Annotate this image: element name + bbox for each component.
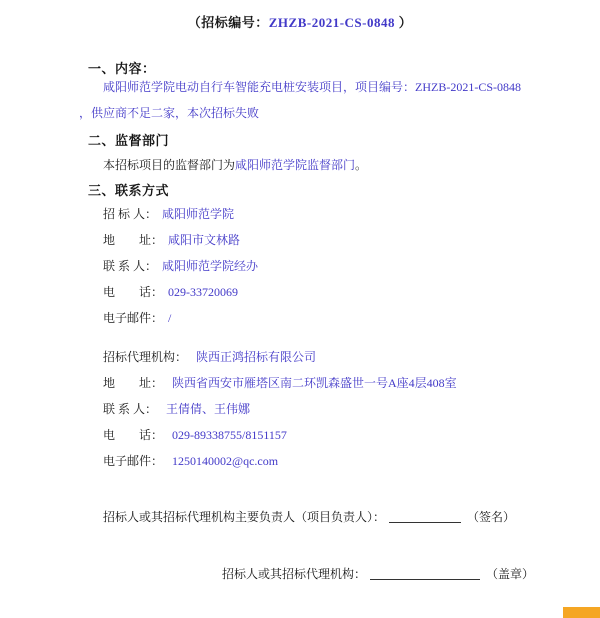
supervision-period: 。 [355, 158, 367, 172]
tenderer-address-label: 地 址： [103, 233, 163, 247]
agency-address-value: 陕西省西安市雁塔区南二环凯森盛世一号A座4层408室 [172, 376, 457, 390]
tenderer-row-email: 电子邮件：/ [103, 309, 171, 326]
tenderer-row-address: 地 址：咸阳市文林路 [103, 231, 240, 248]
agency-row-email: 电子邮件：1250140002@qc.com [103, 452, 278, 469]
agency-email-value: 1250140002@qc.com [172, 454, 278, 468]
content-text-after: ，供应商不足二家，本次招标失败 [79, 106, 259, 120]
agency-phone-label: 电 话： [103, 428, 163, 442]
tenderer-contact-label: 联 系 人： [103, 259, 157, 273]
agency-row-address: 地 址：陕西省西安市雁塔区南二环凯森盛世一号A座4层408室 [103, 374, 457, 391]
agency-phone-value: 029-89338755/8151157 [172, 428, 287, 442]
tenderer-phone-value: 029-33720069 [168, 285, 238, 299]
signature-seal-label: 招标人或其招标代理机构： [222, 567, 366, 581]
agency-row-phone: 电 话：029-89338755/8151157 [103, 426, 287, 443]
supervision-text: 本招标项目的监督部门为 [103, 158, 235, 172]
signature-principal-label: 招标人或其招标代理机构主要负责人（项目负责人）： [103, 510, 385, 524]
supervision-department: 咸阳师范学院监督部门 [235, 158, 355, 172]
signature-principal-blank [389, 510, 461, 523]
agency-email-label: 电子邮件： [103, 454, 163, 468]
title-suffix: ） [395, 15, 412, 30]
signature-principal-suffix: （签名） [467, 510, 515, 524]
tender-code: ZHZB-2021-CS-0848 [269, 15, 395, 30]
agency-row-name: 招标代理机构：陕西正鸿招标有限公司 [103, 348, 316, 365]
tenderer-phone-label: 电 话： [103, 285, 163, 299]
signature-seal-suffix: （盖章） [486, 567, 534, 581]
tenderer-row-phone: 电 话：029-33720069 [103, 283, 238, 300]
document-page: （招标编号：ZHZB-2021-CS-0848 ） 一、内容： 咸阳师范学院电动… [0, 0, 600, 618]
content-text-before: 咸阳师范学院电动自行车智能充电桩安装项目，项目编号： [103, 80, 415, 94]
content-project-code: ZHZB-2021-CS-0848 [415, 80, 521, 94]
agency-name-value: 陕西正鸿招标有限公司 [196, 350, 316, 364]
tenderer-email-label: 电子邮件： [103, 311, 163, 325]
agency-contact-label: 联 系 人： [103, 402, 157, 416]
content-paragraph: 咸阳师范学院电动自行车智能充电桩安装项目，项目编号：ZHZB-2021-CS-0… [79, 74, 524, 126]
supervision-paragraph: 本招标项目的监督部门为咸阳师范学院监督部门。 [103, 156, 367, 173]
agency-address-label: 地 址： [103, 376, 163, 390]
tenderer-row-name: 招 标 人：咸阳师范学院 [103, 205, 234, 222]
agency-name-label: 招标代理机构： [103, 350, 187, 364]
title-prefix: （招标编号： [188, 15, 269, 30]
bottom-right-orange-marker [563, 607, 600, 618]
tenderer-address-value: 咸阳市文林路 [168, 233, 240, 247]
signature-line-principal: 招标人或其招标代理机构主要负责人（项目负责人）：（签名） [103, 508, 515, 525]
tenderer-row-contact-person: 联 系 人：咸阳师范学院经办 [103, 257, 258, 274]
signature-line-seal: 招标人或其招标代理机构：（盖章） [222, 565, 534, 582]
tenderer-contact-value: 咸阳师范学院经办 [162, 259, 258, 273]
tenderer-name-label: 招 标 人： [103, 207, 157, 221]
signature-seal-blank [370, 567, 480, 580]
agency-contact-value: 王倩倩、王伟娜 [166, 402, 250, 416]
section-heading-contact: 三、联系方式 [88, 180, 169, 199]
page-title: （招标编号：ZHZB-2021-CS-0848 ） [0, 12, 600, 31]
tenderer-name-value: 咸阳师范学院 [162, 207, 234, 221]
tenderer-email-value: / [168, 311, 171, 325]
agency-row-contact-person: 联 系 人：王倩倩、王伟娜 [103, 400, 250, 417]
section-heading-supervision: 二、监督部门 [88, 130, 169, 149]
